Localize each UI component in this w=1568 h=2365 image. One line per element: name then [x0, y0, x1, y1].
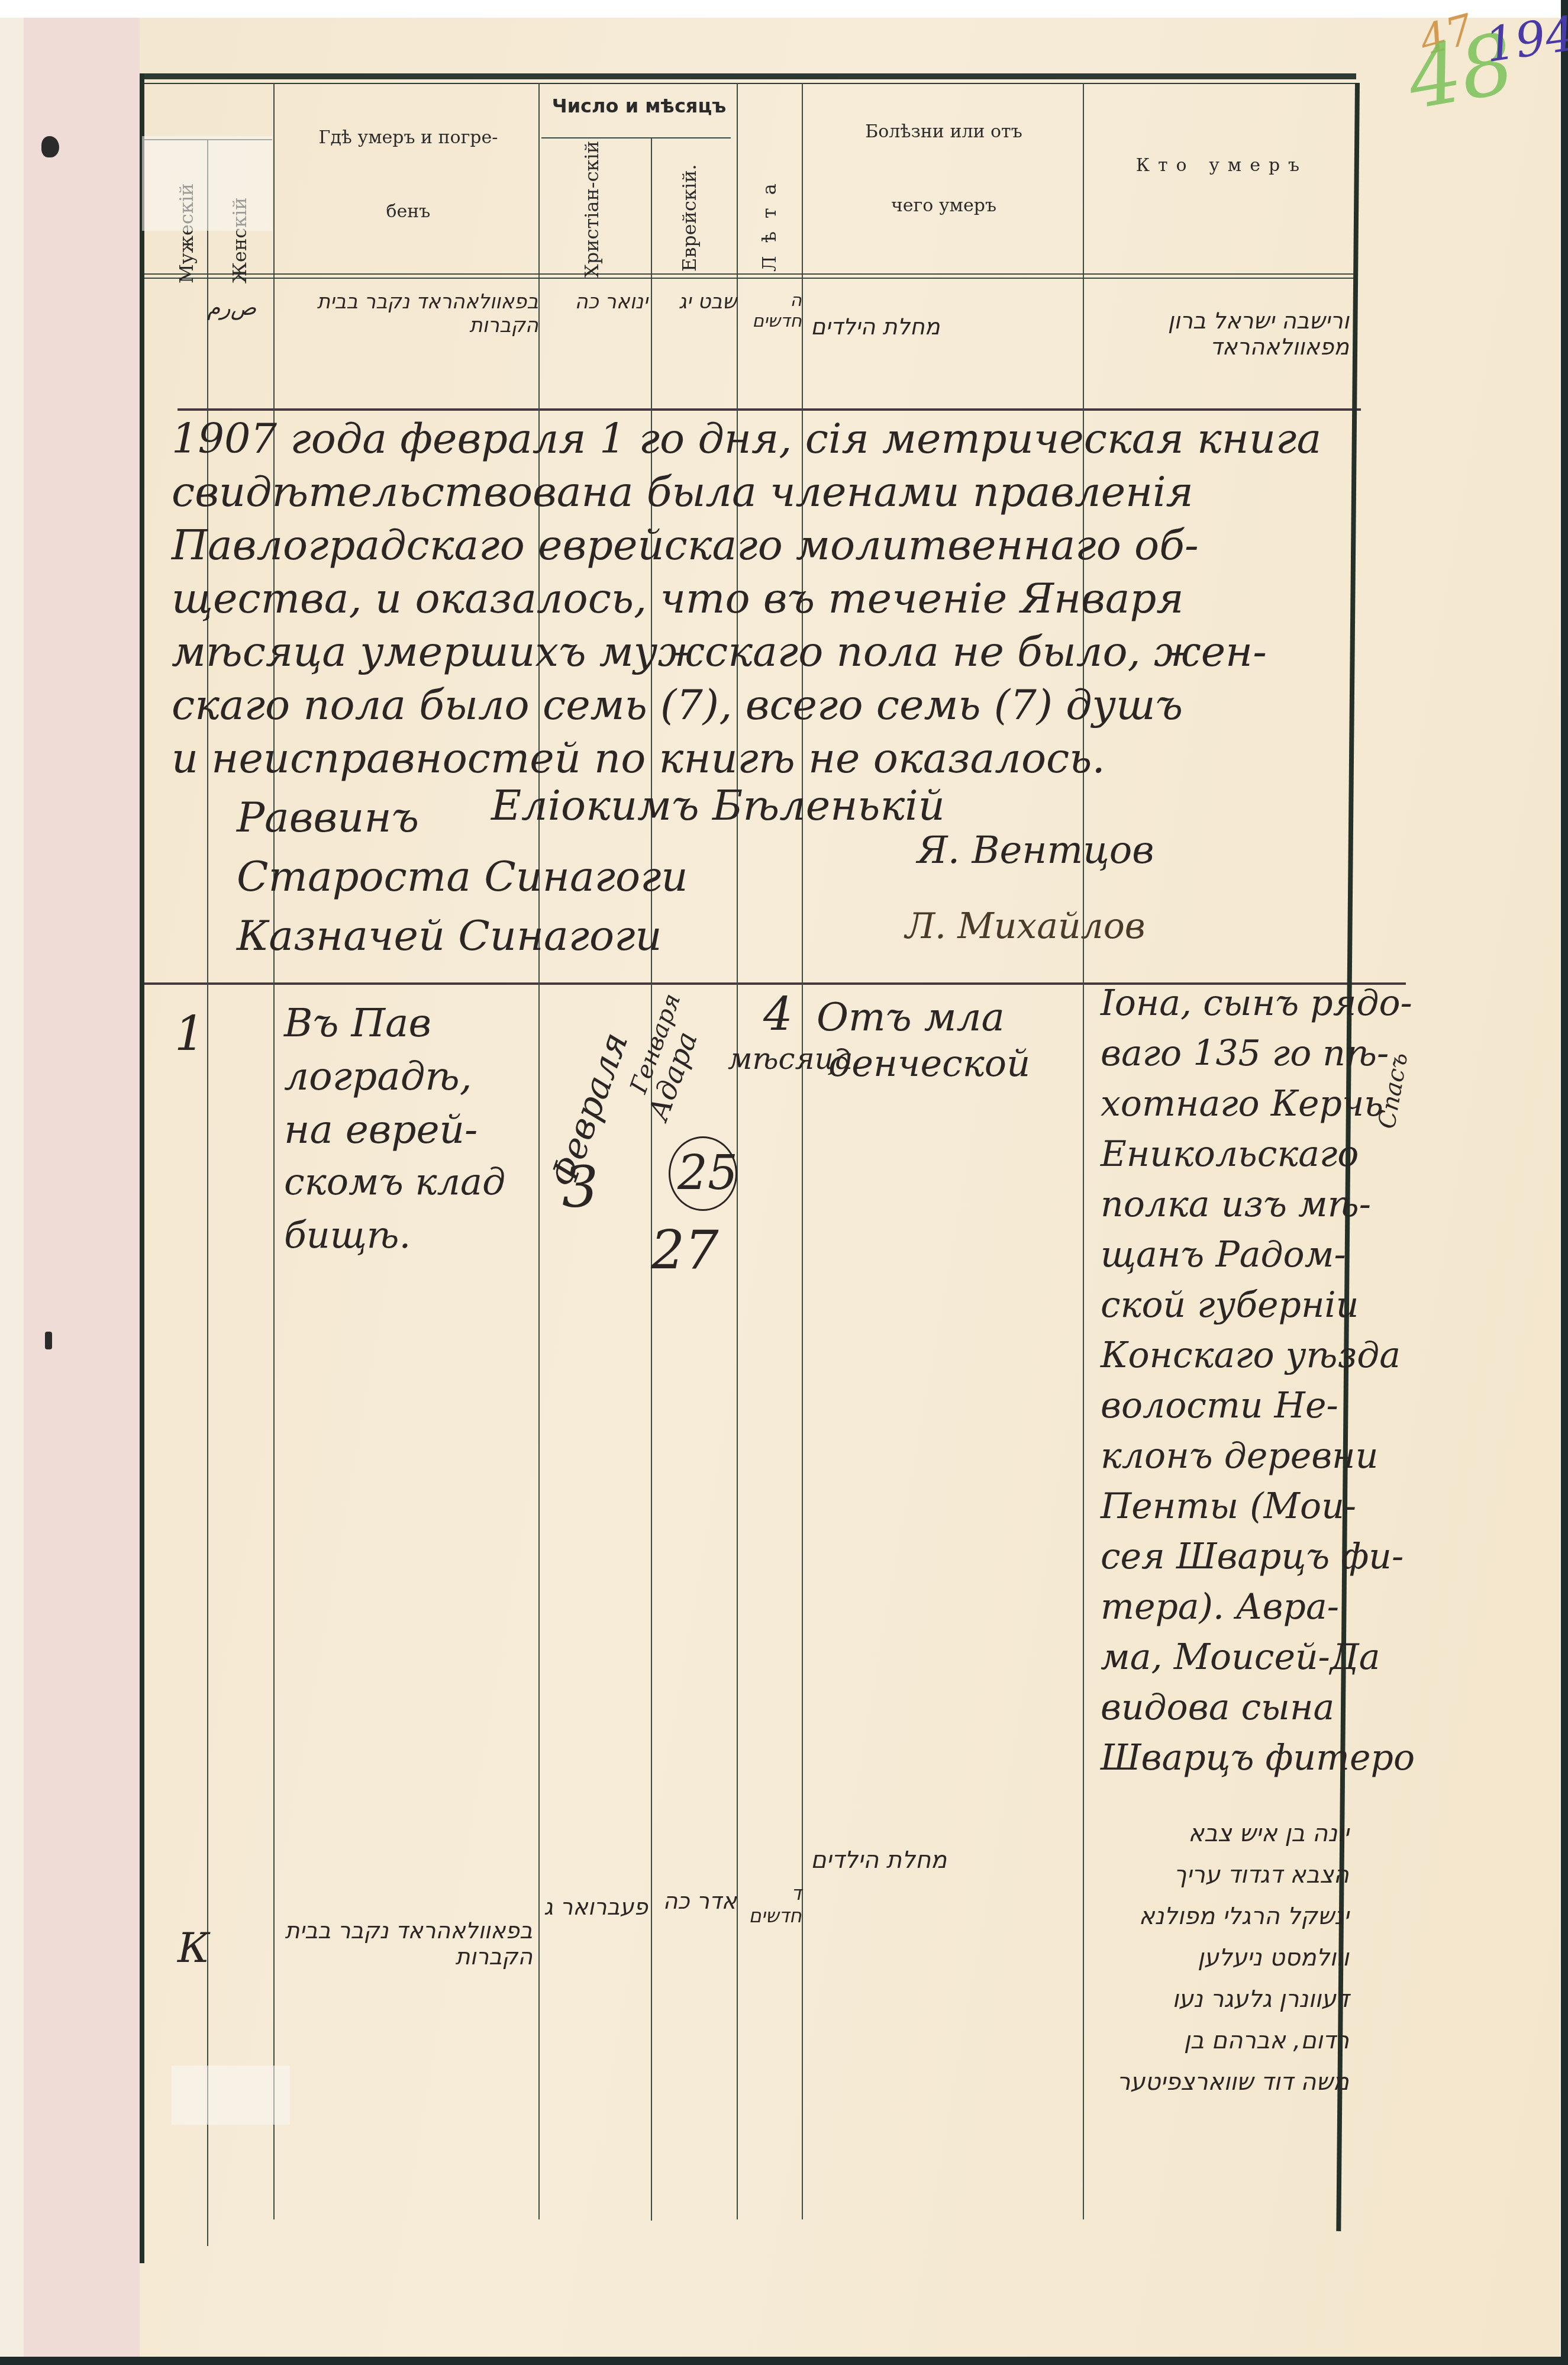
- entry-cause-hebrew: מחלת הילדים: [811, 314, 940, 340]
- entry-who-hebrew-line: ינשקל הרגלי מפולנא: [1106, 1903, 1349, 1930]
- entry-age-hebrew: ד חדשים: [740, 1882, 802, 1927]
- entry-jewish-date-hebrew: שבט יג: [654, 290, 737, 314]
- header-place: Гдѣ умеръ и погре-: [278, 127, 538, 148]
- signature-role: Казначей Синагоги: [237, 911, 662, 960]
- entry-cause-line: Отъ мла: [817, 994, 1005, 1040]
- entry-who-line: Еникольскаго: [1101, 1133, 1359, 1175]
- entry-who-line: Іона, сынъ рядо-: [1101, 982, 1412, 1024]
- scan-border-bottom: [0, 2357, 1568, 2365]
- entry-age-hebrew: ה חדשים: [740, 290, 802, 331]
- entry-who-line: Пенты (Мои-: [1101, 1486, 1356, 1527]
- table-top-rule: [140, 73, 1356, 79]
- header-age: Лѣта: [758, 141, 780, 272]
- entry-who-line: волости Не-: [1101, 1385, 1338, 1426]
- table-left-border: [140, 73, 144, 2263]
- entry-who-hebrew-line: יונה בן איש צבא: [1106, 1820, 1349, 1847]
- col-divider-place-date: [538, 83, 540, 2219]
- entry-who-hebrew-line: הצבא דגדוד עריך: [1106, 1861, 1349, 1889]
- entry-who-line: видова сына: [1101, 1687, 1334, 1728]
- repair-tape: [142, 136, 272, 231]
- entry-who-hebrew-line: ווולמסט ניעלען: [1106, 1944, 1349, 1971]
- header-cause-cont: чего умеръ: [805, 195, 1083, 216]
- entry-place-line: скомъ клад: [284, 1160, 505, 1203]
- entry-who-line: хотнаго Керчь: [1101, 1083, 1383, 1124]
- certification-top-rule: [178, 408, 1361, 411]
- certification-line: свидѣтельствована была членами правленія: [172, 468, 1193, 516]
- entry-jewish-date-hebrew: אדר כה: [654, 1888, 737, 1914]
- signature-name: Еліокимъ Бѣленькій: [491, 781, 945, 830]
- header-christian: Христіан-скій: [580, 136, 603, 278]
- entry-who-hebrew: ורישבה ישראל ברון מפאוולאהראד: [1089, 308, 1349, 360]
- header-cause: Болѣзни или отъ: [805, 121, 1083, 142]
- signature-role: Староста Синагоги: [237, 852, 688, 901]
- col-divider-gender-place: [273, 83, 275, 2219]
- entry-who-line: клонъ деревни: [1101, 1435, 1378, 1477]
- entry-place-line: бищѣ.: [284, 1213, 411, 1256]
- entry-christian-date-hebrew: פעברואר ג: [541, 1894, 648, 1920]
- entry-gender-mark: ﺹﺭﻡ: [207, 296, 256, 320]
- certification-line: щества, и оказалось, что въ теченіе Янва…: [172, 574, 1184, 623]
- header-jewish: Еврейскій.: [678, 141, 701, 272]
- signature-name: Я. Вентцов: [917, 829, 1154, 872]
- header-bottom-rule: [140, 273, 1356, 279]
- entry-jewish-day-corrected: 27: [651, 1219, 719, 1281]
- entry-who-line: тера). Авра-: [1101, 1586, 1339, 1628]
- entry-who-hebrew-line: משה דוד שווארצפיטער: [1106, 2068, 1349, 2096]
- certification-line: Павлоградскаго еврейскаго молитвеннаго о…: [172, 521, 1199, 569]
- date-header-rule: [541, 137, 731, 138]
- binding-margin-strip: [24, 18, 141, 2357]
- header-who: Кто умеръ: [1089, 155, 1355, 176]
- binding-hole: [45, 1332, 52, 1349]
- entry-who-line: Конскаго уѣзда: [1101, 1335, 1401, 1376]
- certification-line: мѣсяца умершихъ мужскаго пола не было, ж…: [172, 627, 1267, 676]
- binding-hole: [41, 136, 59, 157]
- certification-line: скаго пола было семь (7), всего семь (7)…: [172, 681, 1183, 729]
- signature-name: Л. Михайлов: [905, 906, 1146, 947]
- entry-who-hebrew-line: דעוונרן גלעגר נעו: [1106, 1986, 1349, 2013]
- entry-number: 1: [175, 1006, 205, 1061]
- header-place-cont: бенъ: [278, 201, 538, 222]
- entry-place-line: Въ Пав: [284, 1000, 431, 1046]
- col-divider-age-cause: [802, 83, 803, 2219]
- entry-christian-day: 3: [562, 1154, 598, 1220]
- entry-who-hebrew-line: רדום, אברהם בן: [1106, 2027, 1349, 2054]
- entry-who-line: ской губерніи: [1101, 1284, 1359, 1326]
- entry-number: К: [178, 1923, 209, 1972]
- entry-who-line: сея Шварцъ фи-: [1101, 1536, 1404, 1577]
- entry-place-line: лоградѣ,: [284, 1053, 472, 1099]
- certification-line: и неисправностей по книгѣ не оказалось.: [172, 734, 1105, 782]
- entry-cause-line: денческой: [828, 1042, 1030, 1085]
- col-divider-cause-who: [1083, 83, 1084, 2219]
- table-top-rule-thin: [140, 83, 1356, 84]
- certification-line: 1907 года февраля 1 го дня, сія метричес…: [172, 414, 1321, 463]
- signature-role: Раввинъ: [237, 793, 419, 842]
- repair-tape: [172, 2066, 290, 2125]
- entry-place-hebrew: בפאוולאהראד נקבר בבית הקברות: [284, 1918, 533, 1970]
- entry-place-hebrew: בפאוולאהראד נקבר בבית הקברות: [278, 290, 538, 337]
- entry-who-line: щанъ Радом-: [1101, 1234, 1346, 1275]
- entry-who-line: ма, Моисей-Да: [1101, 1636, 1380, 1678]
- entry-jewish-day-circled: 25: [677, 1145, 738, 1200]
- entry-who-line: ваго 135 го пѣ-: [1101, 1033, 1389, 1074]
- entry-cause-hebrew: מחלת הילדים: [811, 1847, 947, 1874]
- scan-border-right: [1561, 0, 1568, 2365]
- entry-age: 4: [763, 988, 793, 1042]
- entry-christian-date-hebrew: ינואר כה: [541, 290, 648, 314]
- scan-border-top: [0, 0, 1568, 18]
- header-date-group: Число и мѣсяцъ: [541, 95, 737, 117]
- entry-who-line: Шварцъ фитеро: [1101, 1737, 1415, 1778]
- entry-who-line: полка изъ мѣ-: [1101, 1184, 1371, 1225]
- entry-place-line: на еврей-: [284, 1107, 478, 1152]
